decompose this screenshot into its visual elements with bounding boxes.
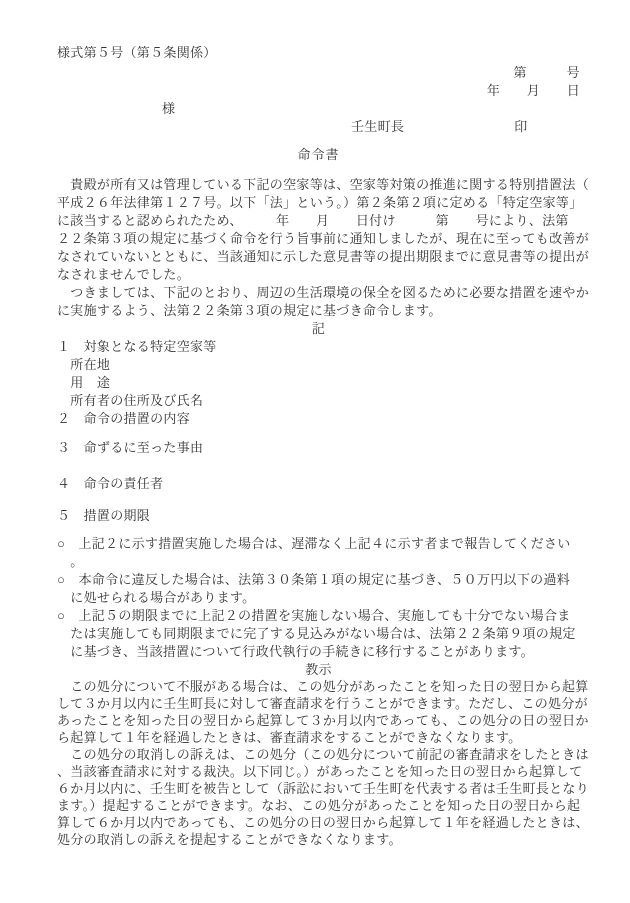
note-line: 。 bbox=[57, 553, 580, 571]
record-list: １ 対象となる特定空家等 所在地 用 途 所有者の住所及び氏名 ２ 命令の措置の… bbox=[57, 338, 580, 525]
note-item-3: ○ 上記５の期限までに上記２の措置を実施しない場合、実施しても十分でない場合ま … bbox=[57, 607, 580, 661]
kyoji-heading: 教示 bbox=[57, 661, 580, 678]
notes-list: ○ 上記２に示す措置実施した場合は、遅滞なく上記４に示す者まで報告してください … bbox=[57, 535, 580, 661]
seal-mark: 印 bbox=[514, 119, 527, 134]
note-line: に処せられる場合があります。 bbox=[57, 589, 580, 607]
kyoji-line: この処分について不服がある場合は、この処分があったことを知った日の翌日から起算 bbox=[57, 678, 580, 695]
note-line: たは実施しても同期限までに完了する見込みがない場合は、法第２２条第９項の規定 bbox=[57, 625, 580, 643]
kyoji-line: 処分の取消しの訴えを提起することができなくなります。 bbox=[57, 831, 580, 848]
kyoji-line: 、当該審査請求に対する裁決。以下同じ。）があったことを知った日の翌日から起算して bbox=[57, 763, 580, 780]
form-number: 様式第５号（第５条関係） bbox=[57, 44, 580, 62]
intro-line: なされませんでした。 bbox=[57, 266, 580, 284]
kyoji-paragraph-2: この処分の取消しの訴えは、この処分（この処分について前記の審査請求をしたときは … bbox=[57, 746, 580, 848]
note-line: ○ 本命令に違反した場合は、法第３０条第１項の規定に基づき、５０万円以下の過料 bbox=[57, 571, 580, 589]
kyoji-line: 算して６か月以内であっても、この処分の日の翌日から起算して１年を経過したときは、 bbox=[57, 814, 580, 831]
record-item-2: ２ 命令の措置の内容 bbox=[57, 410, 580, 428]
doc-number-blank: 第 号 bbox=[57, 64, 580, 82]
intro-line: 貴殿が所有又は管理している下記の空家等は、空家等対策の推進に関する特別措置法（ bbox=[57, 176, 580, 194]
kyoji-line: あったことを知った日の翌日から起算して３か月以内であっても、この処分の日の翌日か bbox=[57, 712, 580, 729]
record-subitem-owner: 所有者の住所及び氏名 bbox=[57, 392, 580, 410]
kyoji-paragraph-1: この処分について不服がある場合は、この処分があったことを知った日の翌日から起算 … bbox=[57, 678, 580, 746]
kyoji-line: して３か月以内に壬生町長に対して審査請求を行うことができます。ただし、この処分が bbox=[57, 695, 580, 712]
intro-paragraph-1: 貴殿が所有又は管理している下記の空家等は、空家等対策の推進に関する特別措置法（ … bbox=[57, 176, 580, 284]
intro-line: ２２条第３項の規定に基づく命令を行う旨事前に通知しましたが、現在に至っても改善が bbox=[57, 230, 580, 248]
record-item-1: １ 対象となる特定空家等 bbox=[57, 338, 580, 356]
kyoji-line: ら起算して１年を経過したときは、審査請求をすることができなくなります。 bbox=[57, 729, 580, 746]
addressee-honorific: 様 bbox=[57, 100, 580, 118]
note-item-2: ○ 本命令に違反した場合は、法第３０条第１項の規定に基づき、５０万円以下の過料 … bbox=[57, 571, 580, 607]
record-subitem-location: 所在地 bbox=[57, 356, 580, 374]
record-subitem-usage: 用 途 bbox=[57, 374, 580, 392]
issuer-name: 壬生町長 bbox=[57, 118, 404, 136]
ki-separator: 記 bbox=[57, 320, 580, 338]
intro-line: に実施するよう、法第２２条第３項の規定に基づき命令します。 bbox=[57, 302, 580, 320]
kyoji-line: ます。）提起することができます。なお、この処分があったことを知った日の翌日から起 bbox=[57, 797, 580, 814]
note-line: ○ 上記５の期限までに上記２の措置を実施しない場合、実施しても十分でない場合ま bbox=[57, 607, 580, 625]
record-item-4: ４ 命令の責任者 bbox=[57, 475, 580, 493]
document-title: 命令書 bbox=[57, 146, 580, 164]
note-item-1: ○ 上記２に示す措置実施した場合は、遅滞なく上記４に示す者まで報告してください … bbox=[57, 535, 580, 571]
kyoji-line: ６か月以内に、壬生町を被告として（訴訟において壬生町を代表する者は壬生町長となり bbox=[57, 780, 580, 797]
doc-date-blank: 年 月 日 bbox=[57, 82, 580, 100]
intro-line: つきましては、下記のとおり、周辺の生活環境の保全を図るために必要な措置を速やか bbox=[57, 284, 580, 302]
kyoji-section: 教示 この処分について不服がある場合は、この処分があったことを知った日の翌日から… bbox=[57, 661, 580, 848]
kyoji-line: この処分の取消しの訴えは、この処分（この処分について前記の審査請求をしたときは bbox=[57, 746, 580, 763]
record-item-3: ３ 命ずるに至った事由 bbox=[57, 439, 580, 457]
intro-line: に該当すると認められたため、 年 月 日付け 第 号により、法第 bbox=[57, 212, 580, 230]
note-line: に基づき、当該措置について行政代執行の手続きに移行することがあります。 bbox=[57, 643, 580, 661]
note-line: ○ 上記２に示す措置実施した場合は、遅滞なく上記４に示す者まで報告してください bbox=[57, 535, 580, 553]
issuer-line: 壬生町長印 bbox=[57, 118, 580, 136]
intro-line: 平成２６年法律第１２７号。以下「法」という。）第２条第２項に定める「特定空家等」 bbox=[57, 194, 580, 212]
intro-line: なされていないとともに、当該通知に示した意見書等の提出期限までに意見書等の提出が bbox=[57, 248, 580, 266]
order-document-page: 様式第５号（第５条関係） 第 号 年 月 日 様 壬生町長印 命令書 貴殿が所有… bbox=[0, 0, 630, 903]
intro-paragraph-2: つきましては、下記のとおり、周辺の生活環境の保全を図るために必要な措置を速やか … bbox=[57, 284, 580, 320]
record-item-5: ５ 措置の期限 bbox=[57, 507, 580, 525]
